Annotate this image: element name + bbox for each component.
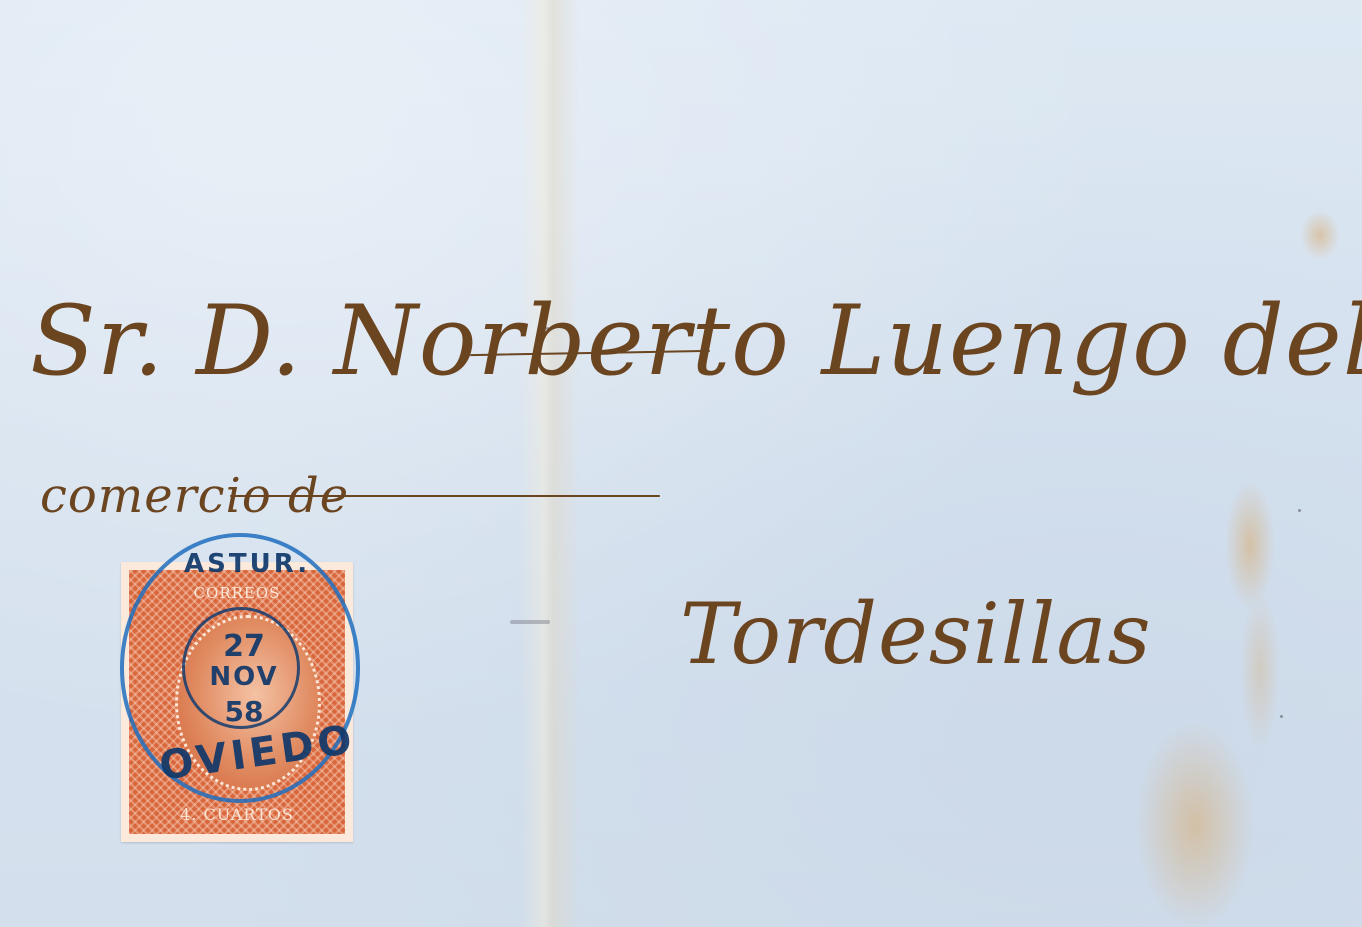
stain-drip-top [1225, 480, 1275, 610]
stamp-value-label: 4. CUARTOS [129, 805, 345, 824]
stain-upper-right [1300, 210, 1340, 260]
postmark-top-text: ASTUR. [184, 549, 304, 579]
ink-speck [510, 620, 550, 624]
address-city-line: Tordesillas [680, 585, 1152, 683]
ink-speck [1280, 715, 1283, 718]
commerce-rule [230, 495, 660, 497]
address-salutation-line: Sr. D. Norberto Luengo del [30, 285, 1362, 397]
postmark-day: 27 [219, 629, 269, 664]
stain-drip-middle [1240, 590, 1280, 750]
postmark-year: 58 [219, 695, 269, 728]
postmark-cancellation: ASTUR. 27 NOV 58 OVIEDO [120, 533, 360, 803]
stain-drip-bottom [1135, 720, 1255, 927]
paper-fold-crease [520, 0, 580, 927]
postmark-month: NOV [202, 662, 286, 692]
postmark-town: OVIEDO [157, 720, 332, 789]
ink-speck [1298, 509, 1301, 512]
